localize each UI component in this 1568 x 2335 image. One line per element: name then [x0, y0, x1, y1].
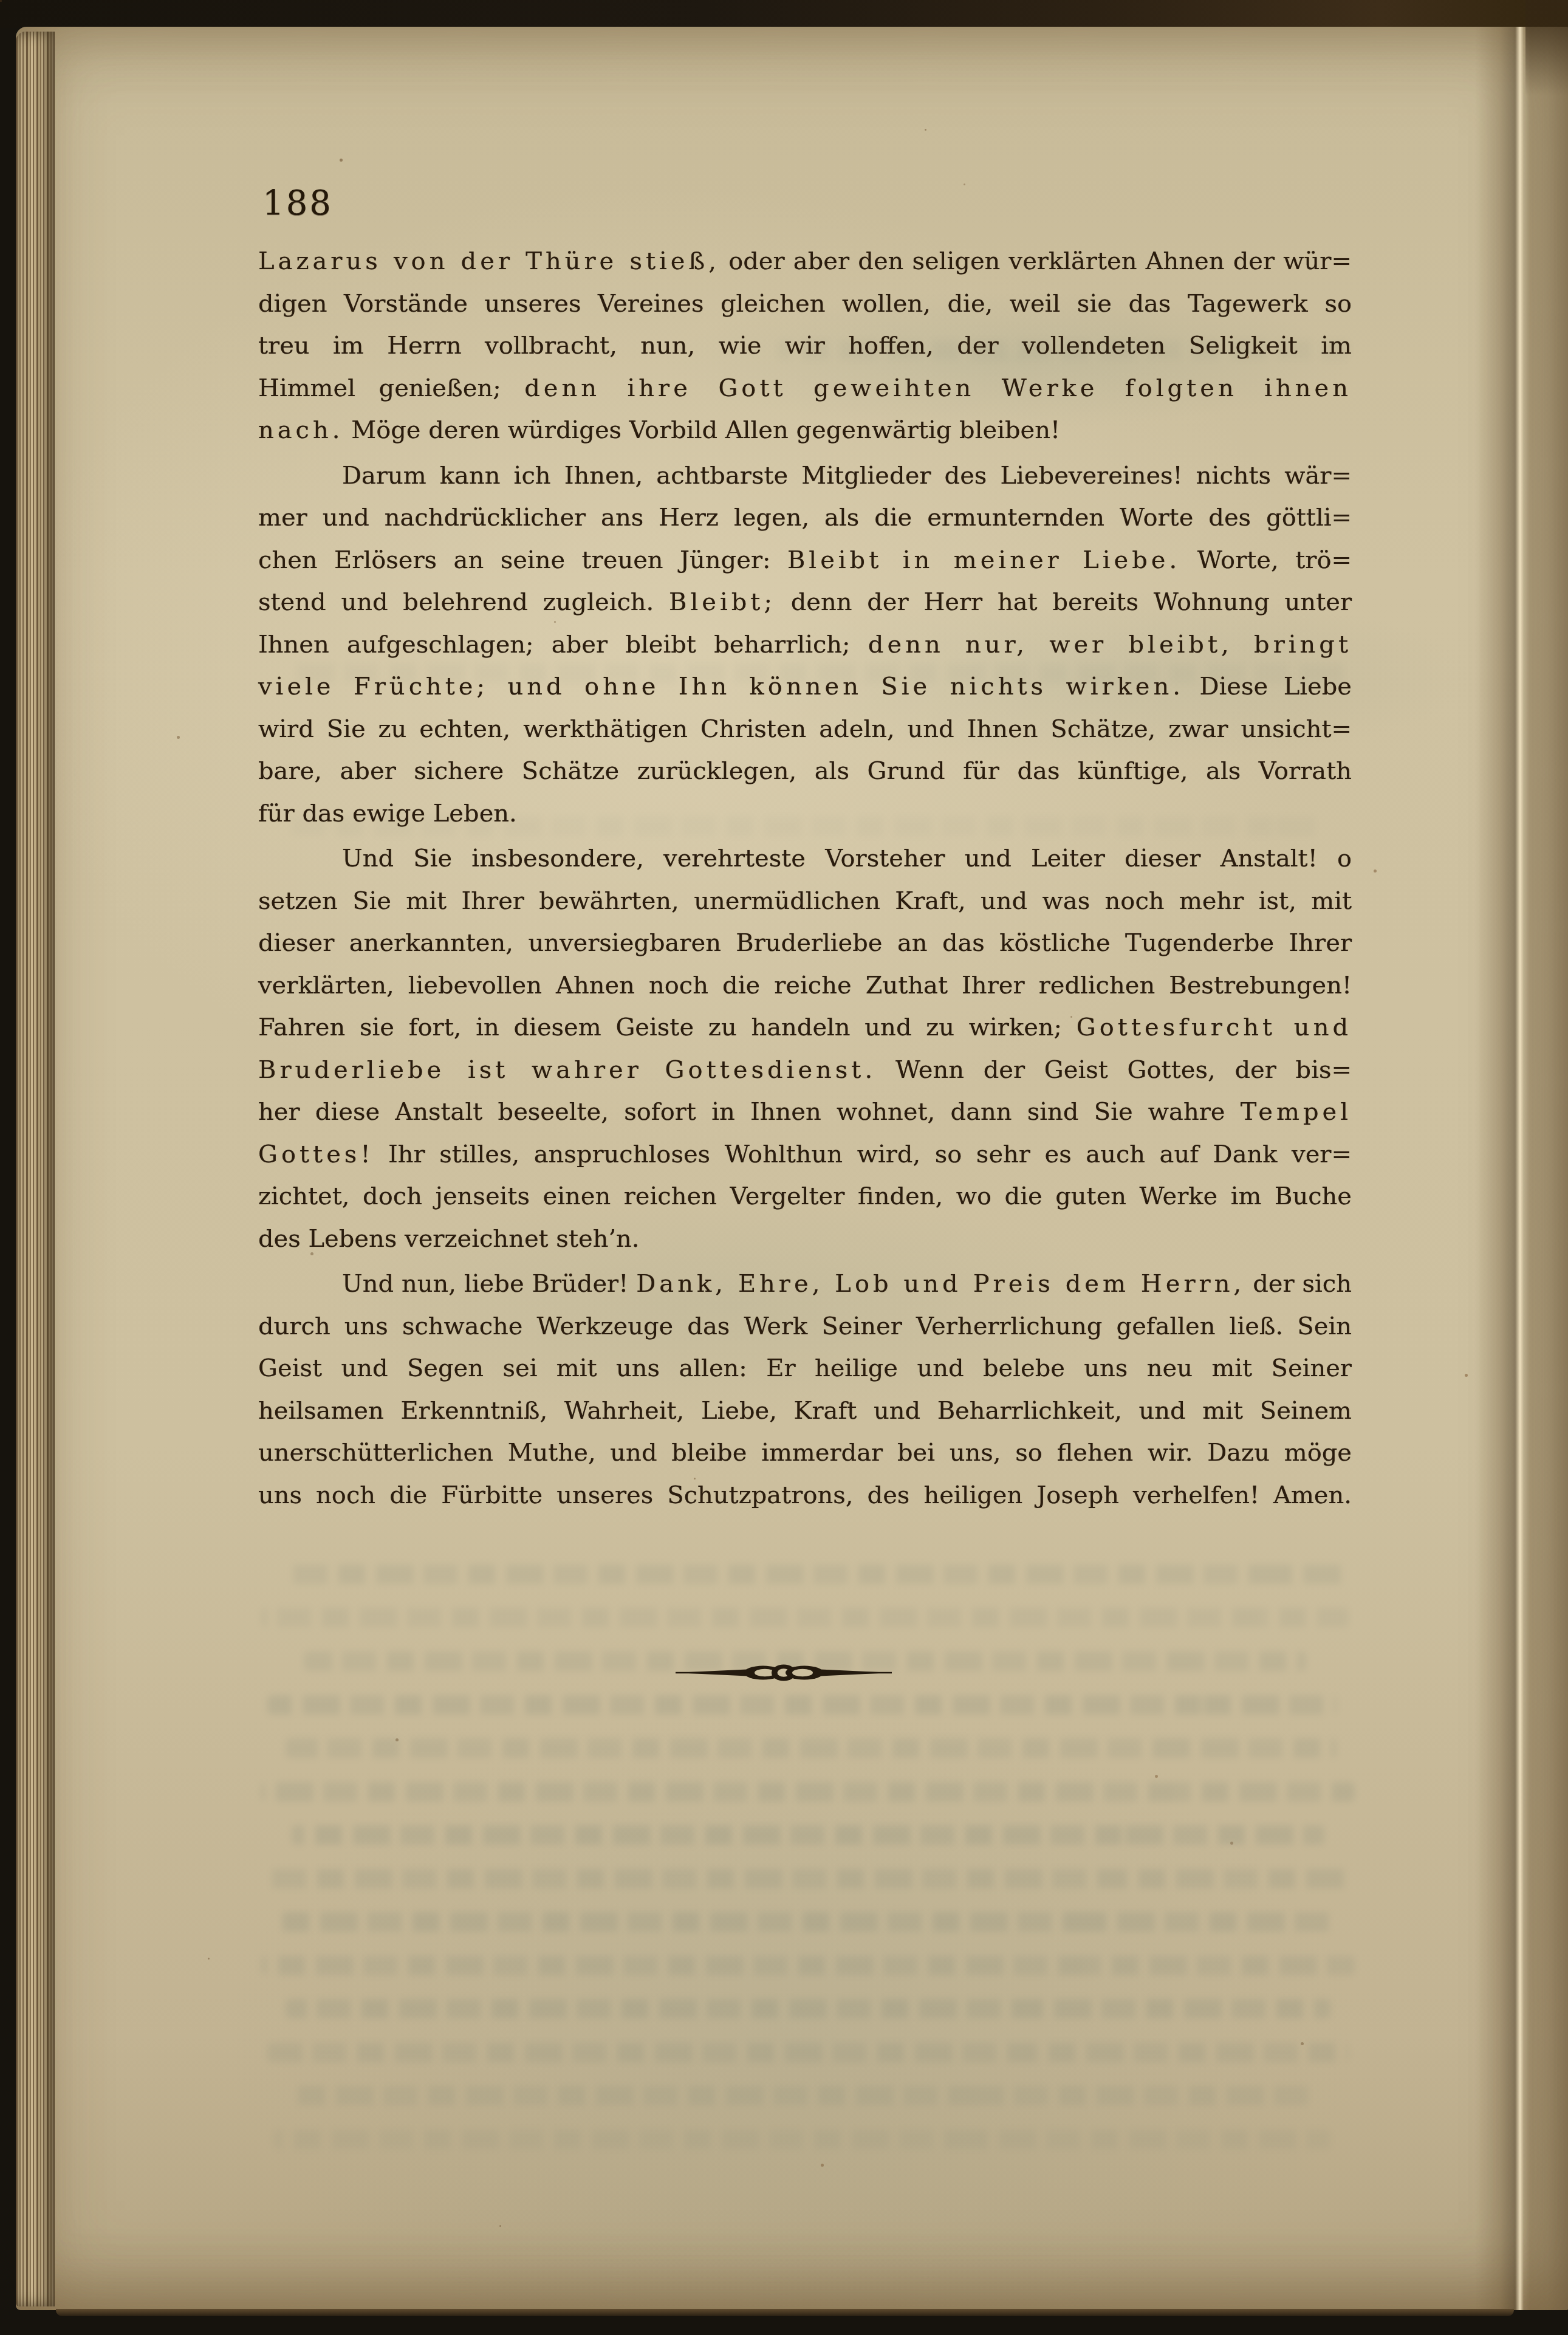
text-line: unerschütterlichen Muthe, und bleibe imm… — [258, 1432, 1352, 1475]
text-segment: bare, aber sichere Schätze zurücklegen, … — [258, 757, 1352, 785]
bleedthrough-text-row — [267, 2043, 1349, 2062]
text-line: her diese Anstalt beseelte, sofort in Ih… — [258, 1091, 1352, 1134]
text-line: verklärten, liebevollen Ahnen noch die r… — [258, 965, 1352, 1007]
page-bottom-edge — [56, 2309, 1514, 2316]
text-segment: für das ewige Leben. — [258, 800, 517, 828]
letterspaced-text: Gottesfurcht und — [1077, 1013, 1352, 1041]
text-line: Gottes! Ihr stilles, anspruchloses Wohlt… — [258, 1134, 1352, 1176]
text-segment: Geist und Segen sei mit uns allen: Er he… — [258, 1354, 1352, 1382]
letterspaced-text: nach. — [258, 416, 344, 444]
page-gutter-crease — [1475, 27, 1568, 2310]
page-number: 188 — [262, 183, 333, 223]
text-segment: durch uns schwache Werkzeuge das Werk Se… — [258, 1312, 1352, 1340]
text-line: bare, aber sichere Schätze zurücklegen, … — [258, 750, 1352, 793]
paper-specks — [0, 0, 2, 2]
page-text: Lazarus von der Thüre stieß, oder aber d… — [258, 241, 1352, 1517]
text-line: treu im Herrn vollbracht, nun, wie wir h… — [258, 325, 1352, 368]
text-segment: Wenn der Geist Gottes, der bis= — [876, 1056, 1352, 1084]
bleedthrough-text-row — [286, 1565, 1343, 1584]
page-edge-stack — [16, 32, 55, 2306]
text-segment: verklärten, liebevollen Ahnen noch die r… — [258, 972, 1352, 999]
bleedthrough-text-row — [292, 2086, 1312, 2105]
text-line: durch uns schwache Werkzeuge das Werk Se… — [258, 1306, 1352, 1348]
text-segment: chen Erlösers an seine treuen Jünger: — [258, 546, 787, 574]
paragraph: Und nun, liebe Brüder! Dank, Ehre, Lob u… — [258, 1263, 1352, 1517]
text-segment: Worte, trö= — [1180, 546, 1352, 574]
text-segment: wird Sie zu echten, werkthätigen Christe… — [258, 715, 1352, 743]
text-line: Und nun, liebe Brüder! Dank, Ehre, Lob u… — [258, 1263, 1352, 1306]
letterspaced-text: denn ihre Gott geweihten Werke folgten i… — [524, 374, 1352, 402]
text-segment: zichtet, doch jenseits einen reichen Ver… — [258, 1182, 1352, 1210]
text-line: Lazarus von der Thüre stieß, oder aber d… — [258, 241, 1352, 283]
text-line: heilsamen Erkenntniß, Wahrheit, Liebe, K… — [258, 1390, 1352, 1433]
letterspaced-text: Dank, Ehre, Lob und Preis dem Herrn, — [636, 1270, 1245, 1298]
bleedthrough-text-row — [261, 1956, 1355, 1975]
text-segment: setzen Sie mit Ihrer bewährten, unermüdl… — [258, 887, 1352, 915]
text-line: stend und belehrend zugleich. Bleibt; de… — [258, 581, 1352, 624]
book-photo: 188 Lazarus von der Thüre stieß, oder ab… — [0, 0, 1568, 2335]
text-line: nach. Möge deren würdiges Vorbild Allen … — [258, 410, 1352, 452]
text-line: mer und nachdrücklicher ans Herz legen, … — [258, 497, 1352, 540]
text-line: Und Sie insbesondere, verehrteste Vorste… — [258, 838, 1352, 880]
text-segment: denn der Herr hat bereits Wohnung unter — [776, 588, 1352, 616]
text-segment: Und Sie insbesondere, verehrteste Vorste… — [342, 845, 1352, 873]
text-segment: dieser anerkannten, unversiegbaren Brude… — [258, 929, 1352, 957]
text-line: dieser anerkannten, unversiegbaren Brude… — [258, 922, 1352, 965]
bleedthrough-text-row — [267, 1695, 1337, 1715]
text-segment: heilsamen Erkenntniß, Wahrheit, Liebe, K… — [258, 1397, 1352, 1425]
text-segment: uns noch die Fürbitte unseres Schutzpatr… — [258, 1481, 1352, 1509]
text-segment: Ihnen aufgeschlagen; aber bleibt beharrl… — [258, 631, 868, 659]
letterspaced-text: Tempel — [1241, 1098, 1352, 1126]
letterspaced-text: denn nur, wer bleibt, bringt — [868, 631, 1352, 659]
letterspaced-text: Bruderliebe ist wahrer Gottesdienst. — [258, 1056, 876, 1084]
text-line: viele Früchte; und ohne Ihn können Sie n… — [258, 666, 1352, 708]
text-segment: des Lebens verzeichnet steh’n. — [258, 1225, 640, 1253]
text-segment: der sich — [1245, 1270, 1352, 1298]
bleedthrough-text-row — [286, 1738, 1337, 1758]
text-line: zichtet, doch jenseits einen reichen Ver… — [258, 1176, 1352, 1218]
bleedthrough-text-row — [292, 1825, 1324, 1845]
text-line: wird Sie zu echten, werkthätigen Christe… — [258, 708, 1352, 751]
text-line: Ihnen aufgeschlagen; aber bleibt beharrl… — [258, 624, 1352, 667]
text-line: Himmel genießen; denn ihre Gott geweihte… — [258, 368, 1352, 410]
text-line: Geist und Segen sei mit uns allen: Er he… — [258, 1348, 1352, 1390]
text-segment: unerschütterlichen Muthe, und bleibe imm… — [258, 1439, 1352, 1467]
text-segment: digen Vorstände unseres Vereines gleiche… — [258, 290, 1352, 318]
letterspaced-text: viele Früchte; und ohne Ihn können Sie n… — [258, 673, 1184, 701]
bleedthrough-text-row — [261, 1608, 1349, 1627]
text-segment: Diese Liebe — [1184, 673, 1352, 701]
bleedthrough-text-row — [273, 2130, 1330, 2149]
letterspaced-text: Bleibt; — [669, 588, 776, 616]
text-segment: mer und nachdrücklicher ans Herz legen, … — [258, 504, 1352, 532]
text-segment: Ihr stilles, anspruchloses Wohlthun wird… — [374, 1140, 1352, 1168]
text-line: Darum kann ich Ihnen, achtbarste Mitglie… — [258, 455, 1352, 498]
fleuron-divider-ornament — [673, 1658, 894, 1687]
text-line: für das ewige Leben. — [258, 793, 1352, 835]
text-segment: Fahren sie fort, in diesem Geiste zu han… — [258, 1013, 1077, 1041]
text-line: Bruderliebe ist wahrer Gottesdienst. Wen… — [258, 1049, 1352, 1092]
text-line: digen Vorstände unseres Vereines gleiche… — [258, 283, 1352, 326]
letterspaced-text: Lazarus von der Thüre stieß, — [258, 247, 720, 275]
paragraph: Darum kann ich Ihnen, achtbarste Mitglie… — [258, 455, 1352, 835]
text-segment: oder aber den seligen verklärten Ahnen d… — [720, 247, 1352, 275]
text-segment: stend und belehrend zugleich. — [258, 588, 669, 616]
text-line: uns noch die Fürbitte unseres Schutzpatr… — [258, 1475, 1352, 1517]
letterspaced-text: Bleibt in meiner Liebe. — [787, 546, 1180, 574]
text-segment: Möge deren würdiges Vorbild Allen gegenw… — [344, 416, 1061, 444]
text-segment: her diese Anstalt beseelte, sofort in Ih… — [258, 1098, 1241, 1126]
bleedthrough-text-row — [286, 1999, 1330, 2018]
bleedthrough-text-row — [279, 1912, 1337, 1932]
text-line: Fahren sie fort, in diesem Geiste zu han… — [258, 1007, 1352, 1049]
paragraph: Und Sie insbesondere, verehrteste Vorste… — [258, 838, 1352, 1260]
bleedthrough-text-row — [261, 1782, 1355, 1802]
letterspaced-text: Gottes! — [258, 1140, 374, 1168]
bleedthrough-text-row — [267, 1869, 1349, 1888]
text-segment: Himmel genießen; — [258, 374, 524, 402]
text-segment: Und nun, liebe Brüder! — [342, 1270, 636, 1298]
paragraph: Lazarus von der Thüre stieß, oder aber d… — [258, 241, 1352, 452]
text-line: setzen Sie mit Ihrer bewährten, unermüdl… — [258, 880, 1352, 923]
text-segment: treu im Herrn vollbracht, nun, wie wir h… — [258, 332, 1352, 360]
text-line: des Lebens verzeichnet steh’n. — [258, 1218, 1352, 1261]
text-segment: Darum kann ich Ihnen, achtbarste Mitglie… — [342, 462, 1352, 490]
text-line: chen Erlösers an seine treuen Jünger: Bl… — [258, 540, 1352, 582]
book-cover-corner — [1525, 0, 1568, 106]
